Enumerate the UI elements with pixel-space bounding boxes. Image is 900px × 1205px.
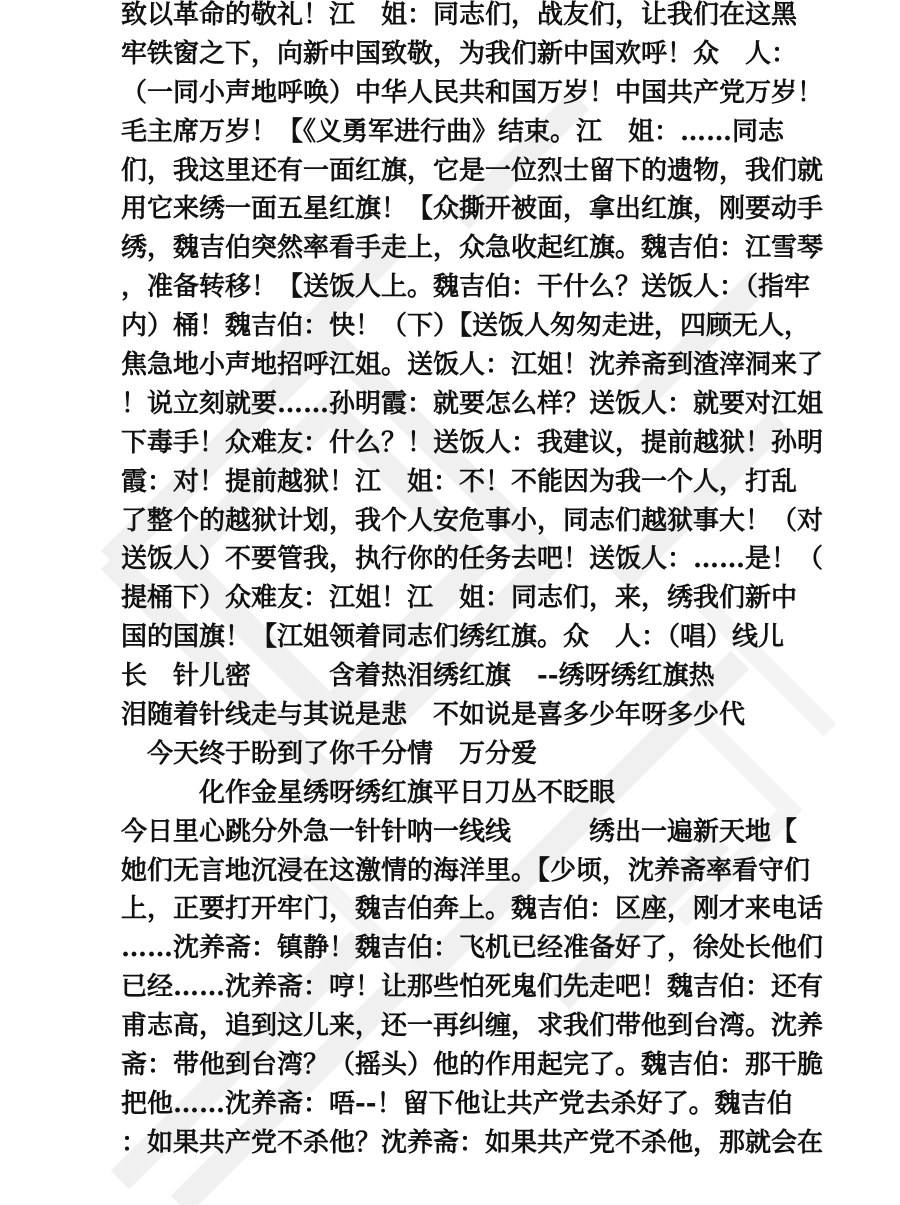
song-lyric-line: 今日里心跳分外急一针针呐一线线 绣出一遍新天地【: [121, 817, 891, 856]
song-lyric-line: 化作金星绣呀绣红旗平日刀丛不眨眼: [121, 778, 891, 817]
text-line: 上，正要打开牢门，魏吉伯奔上。魏吉伯：区座，刚才来电话: [121, 894, 891, 933]
text-line: 甫志高，追到这儿来，还一再纠缠，求我们带他到台湾。沈养: [121, 1011, 891, 1050]
text-line: ，准备转移！【送饭人上。魏吉伯：干什么？送饭人：（指牢: [121, 272, 891, 311]
text-line: 内）桶！魏吉伯：快！（下）【送饭人匆匆走进，四顾无人，: [121, 311, 891, 350]
text-line: ……沈养斋：镇静！魏吉伯：飞机已经准备好了，徐处长他们: [121, 933, 891, 972]
text-line: ：如果共产党不杀他？沈养斋：如果共产党不杀他，那就会在: [121, 1128, 891, 1167]
text-line: 焦急地小声地招呼江姐。送饭人：江姐！沈养斋到渣滓洞来了: [121, 350, 891, 389]
text-line: 用它来绣一面五星红旗！【众撕开被面，拿出红旗，刚要动手: [121, 194, 891, 233]
text-line: 下毒手！众难友：什么？！送饭人：我建议，提前越狱！孙明: [121, 428, 891, 467]
text-line: ！说立刻就要……孙明霞：就要怎么样？送饭人：就要对江姐: [121, 389, 891, 428]
text-line: 致以革命的敬礼！江 姐：同志们，战友们，让我们在这黑: [121, 0, 891, 39]
text-line: 了整个的越狱计划，我个人安危事小，同志们越狱事大！（对: [121, 506, 891, 545]
text-line: 国的国旗！【江姐领着同志们绣红旗。众 人：（唱）线儿: [121, 622, 891, 661]
text-line: 已经……沈养斋：哼！让那些怕死鬼们先走吧！魏吉伯：还有: [121, 972, 891, 1011]
text-line: 毛主席万岁！【《义勇军进行曲》结束。江 姐：……同志: [121, 117, 891, 156]
text-line: 们，我这里还有一面红旗，它是一位烈士留下的遗物，我们就: [121, 156, 891, 195]
text-line: 绣，魏吉伯突然率看手走上，众急收起红旗。魏吉伯：江雪琴: [121, 233, 891, 272]
text-line: 霞：对！提前越狱！江 姐：不！不能因为我一个人，打乱: [121, 467, 891, 506]
document-page: 致以革命的敬礼！江 姐：同志们，战友们，让我们在这黑 牢铁窗之下，向新中国致敬，…: [121, 0, 891, 1167]
text-line: 提桶下）众难友：江姐！江 姐：同志们，来，绣我们新中: [121, 583, 891, 622]
text-line: 斋：带他到台湾？（摇头）他的作用起完了。魏吉伯：那干脆: [121, 1050, 891, 1089]
text-line: 她们无言地沉浸在这激情的海洋里。【少顷，沈养斋率看守们: [121, 856, 891, 895]
text-line: 送饭人）不要管我，执行你的任务去吧！送饭人：……是！（: [121, 544, 891, 583]
song-lyric-line: 今天终于盼到了你千分情 万分爱: [121, 739, 891, 778]
text-line: 牢铁窗之下，向新中国致敬，为我们新中国欢呼！众 人：: [121, 39, 891, 78]
song-lyric-line: 泪随着针线走与其说是悲 不如说是喜多少年呀多少代: [121, 700, 891, 739]
text-line: 把他……沈养斋：唔--！留下他让共产党去杀好了。魏吉伯: [121, 1089, 891, 1128]
song-lyric-line: 长 针儿密 含着热泪绣红旗 --绣呀绣红旗热: [121, 661, 891, 700]
text-line: （一同小声地呼唤）中华人民共和国万岁！中国共产党万岁！: [121, 78, 891, 117]
